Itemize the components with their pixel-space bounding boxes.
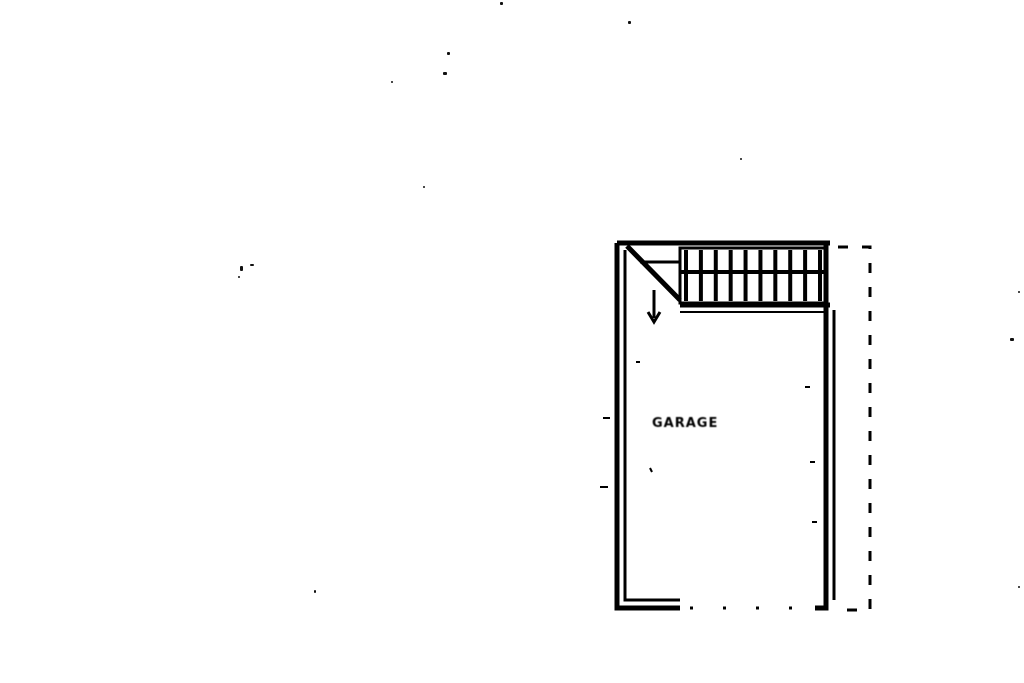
room-label-garage: GARAGE [652, 416, 718, 431]
scan-speck [500, 2, 503, 5]
floor-plan [0, 0, 1024, 683]
scan-speck [740, 158, 742, 160]
scan-speck [391, 81, 393, 83]
scan-speck [423, 186, 425, 188]
dashed-boundary [838, 247, 870, 610]
scan-speck [1018, 291, 1020, 293]
scan-speck [250, 264, 254, 266]
scan-speck [238, 276, 240, 278]
scan-speck [628, 21, 631, 24]
scan-speck [314, 590, 316, 593]
scan-speck [443, 72, 447, 75]
scan-speck [1010, 338, 1014, 341]
staircase [627, 246, 825, 322]
wall-ticks [600, 362, 817, 522]
scan-speck [1018, 586, 1020, 588]
scan-speck [240, 266, 243, 271]
exterior-walls [617, 243, 834, 608]
scan-speck [447, 52, 450, 55]
